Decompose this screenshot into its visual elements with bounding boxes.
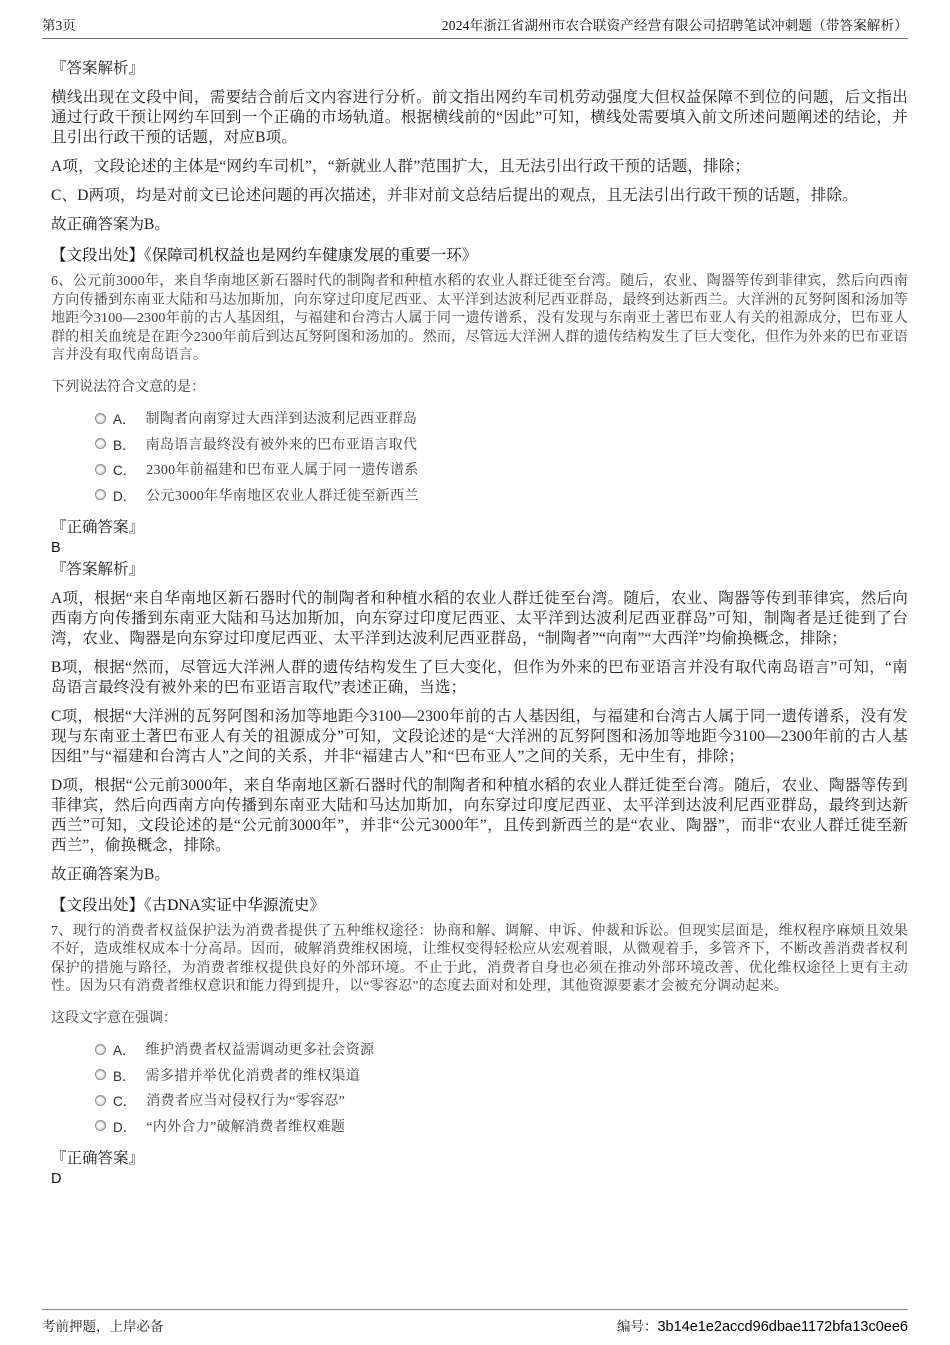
option-letter: D． (113, 1116, 136, 1136)
radio-button-icon[interactable] (95, 1120, 106, 1131)
answer-analysis-label: 『答案解析』 (51, 58, 908, 79)
option-row-d[interactable]: D． “内外合力”破解消费者维权难题 (51, 1113, 908, 1139)
option-row-b[interactable]: B． 南岛语言最终没有被外来的巴布亚语言取代 (51, 431, 908, 457)
radio-button-icon[interactable] (95, 464, 106, 475)
question-6-options: A． 制陶者向南穿过大西洋到达波利尼西亚群岛 B． 南岛语言最终没有被外来的巴布… (51, 406, 908, 508)
page-number: 第3页 (42, 14, 76, 34)
option-letter: D． (113, 485, 136, 505)
analysis-paragraph-d: D项，根据“公元前3000年，来自华南地区新石器时代的制陶者和种植水稻的农业人群… (51, 776, 908, 856)
option-text: 维护消费者权益需调动更多社会资源 (146, 1039, 375, 1059)
analysis-paragraph-b: B项，根据“然而，尽管远大洋洲人群的遗传结构发生了巨大变化，但作为外来的巴布亚语… (51, 658, 908, 698)
correct-answer-conclusion: 故正确答案为B。 (51, 865, 908, 885)
answer-analysis-label: 『答案解析』 (51, 559, 908, 580)
option-text: 2300年前福建和巴布亚人属于同一遗传谱系 (146, 459, 418, 479)
analysis-paragraph-a: A项，根据“来自华南地区新石器时代的制陶者和种植水稻的农业人群迁徙至台湾。随后，… (51, 589, 908, 649)
option-text: 需多措并举优化消费者的维权渠道 (146, 1065, 361, 1085)
option-row-a[interactable]: A． 维护消费者权益需调动更多社会资源 (51, 1037, 908, 1063)
option-letter: B． (113, 1065, 136, 1085)
analysis-paragraph: 横线出现在文段中间，需要结合前后文内容进行分析。前文指出网约车司机劳动强度大但权… (51, 88, 908, 148)
option-text: “内外合力”破解消费者维权难题 (146, 1116, 345, 1136)
radio-button-icon[interactable] (95, 413, 106, 424)
serial-label: 编号： (617, 1319, 658, 1334)
correct-answer-label: 『正确答案』 (51, 1148, 908, 1169)
question-7-stem: 7、现行的消费者权益保护法为消费者提供了五种维权途径：协商和解、调解、申诉、仲裁… (51, 923, 908, 997)
page-footer: 考前押题，上岸必备 编号：3b14e1e2accd96dbae1172bfa13… (42, 1309, 908, 1335)
question-7-prompt: 这段文字意在强调： (51, 1009, 908, 1028)
option-text: 公元3000年华南地区农业人群迁徙至新西兰 (146, 485, 418, 505)
question-6-stem: 6、公元前3000年，来自华南地区新石器时代的制陶者和种植水稻的农业人群迁徙至台… (51, 273, 908, 366)
option-row-b[interactable]: B． 需多措并举优化消费者的维权渠道 (51, 1062, 908, 1088)
option-text: 南岛语言最终没有被外来的巴布亚语言取代 (146, 434, 418, 454)
option-row-c[interactable]: C． 消费者应当对侵权行为“零容忍” (51, 1088, 908, 1114)
correct-answer-label: 『正确答案』 (51, 517, 908, 538)
footer-serial: 编号：3b14e1e2accd96dbae1172bfa13c0ee6 (617, 1315, 908, 1335)
option-letter: C． (113, 1090, 136, 1110)
analysis-paragraph-c: C项，根据“大洋洲的瓦努阿图和汤加等地距今3100—2300年前的古人基因组，与… (51, 707, 908, 767)
analysis-paragraph-a: A项，文段论述的主体是“网约车司机”，“新就业人群”范围扩大，且无法引出行政干预… (51, 157, 908, 177)
page-body: 『答案解析』 横线出现在文段中间，需要结合前后文内容进行分析。前文指出网约车司机… (42, 39, 908, 1190)
analysis-paragraph-cd: C、D两项，均是对前文已论述问题的再次描述，并非对前文总结后提出的观点，且无法引… (51, 186, 908, 206)
page-header: 第3页 2024年浙江省湖州市农合联资产经营有限公司招聘笔试冲刺题（带答案解析） (42, 14, 908, 39)
radio-button-icon[interactable] (95, 438, 106, 449)
option-row-d[interactable]: D． 公元3000年华南地区农业人群迁徙至新西兰 (51, 482, 908, 508)
option-letter: A． (113, 1039, 136, 1059)
option-letter: B． (113, 434, 136, 454)
option-row-a[interactable]: A． 制陶者向南穿过大西洋到达波利尼西亚群岛 (51, 406, 908, 432)
serial-code: 3b14e1e2accd96dbae1172bfa13c0ee6 (657, 1319, 908, 1335)
option-text: 消费者应当对侵权行为“零容忍” (146, 1090, 345, 1110)
radio-button-icon[interactable] (95, 1044, 106, 1055)
document-title: 2024年浙江省湖州市农合联资产经营有限公司招聘笔试冲刺题（带答案解析） (442, 14, 908, 34)
question-7-options: A． 维护消费者权益需调动更多社会资源 B． 需多措并举优化消费者的维权渠道 C… (51, 1037, 908, 1139)
option-letter: A． (113, 408, 136, 428)
correct-answer-value: D (51, 1169, 908, 1190)
document-page: 第3页 2024年浙江省湖州市农合联资产经营有限公司招聘笔试冲刺题（带答案解析）… (0, 0, 950, 1345)
question-6-prompt: 下列说法符合文意的是： (51, 378, 908, 397)
radio-button-icon[interactable] (95, 1069, 106, 1080)
correct-answer-conclusion: 故正确答案为B。 (51, 215, 908, 235)
question-7-answer-block: 『正确答案』 D (51, 1148, 908, 1190)
radio-button-icon[interactable] (95, 1095, 106, 1106)
question-6-answer-block: 『正确答案』 B 『答案解析』 (51, 517, 908, 580)
option-row-c[interactable]: C． 2300年前福建和巴布亚人属于同一遗传谱系 (51, 457, 908, 483)
radio-button-icon[interactable] (95, 489, 106, 500)
correct-answer-value: B (51, 538, 908, 559)
option-letter: C． (113, 459, 136, 479)
passage-source: 【文段出处】《古DNA实证中华源流史》 (51, 895, 908, 917)
option-text: 制陶者向南穿过大西洋到达波利尼西亚群岛 (146, 408, 418, 428)
footer-slogan: 考前押题，上岸必备 (42, 1315, 164, 1335)
passage-source: 【文段出处】《保障司机权益也是网约车健康发展的重要一环》 (51, 245, 908, 267)
